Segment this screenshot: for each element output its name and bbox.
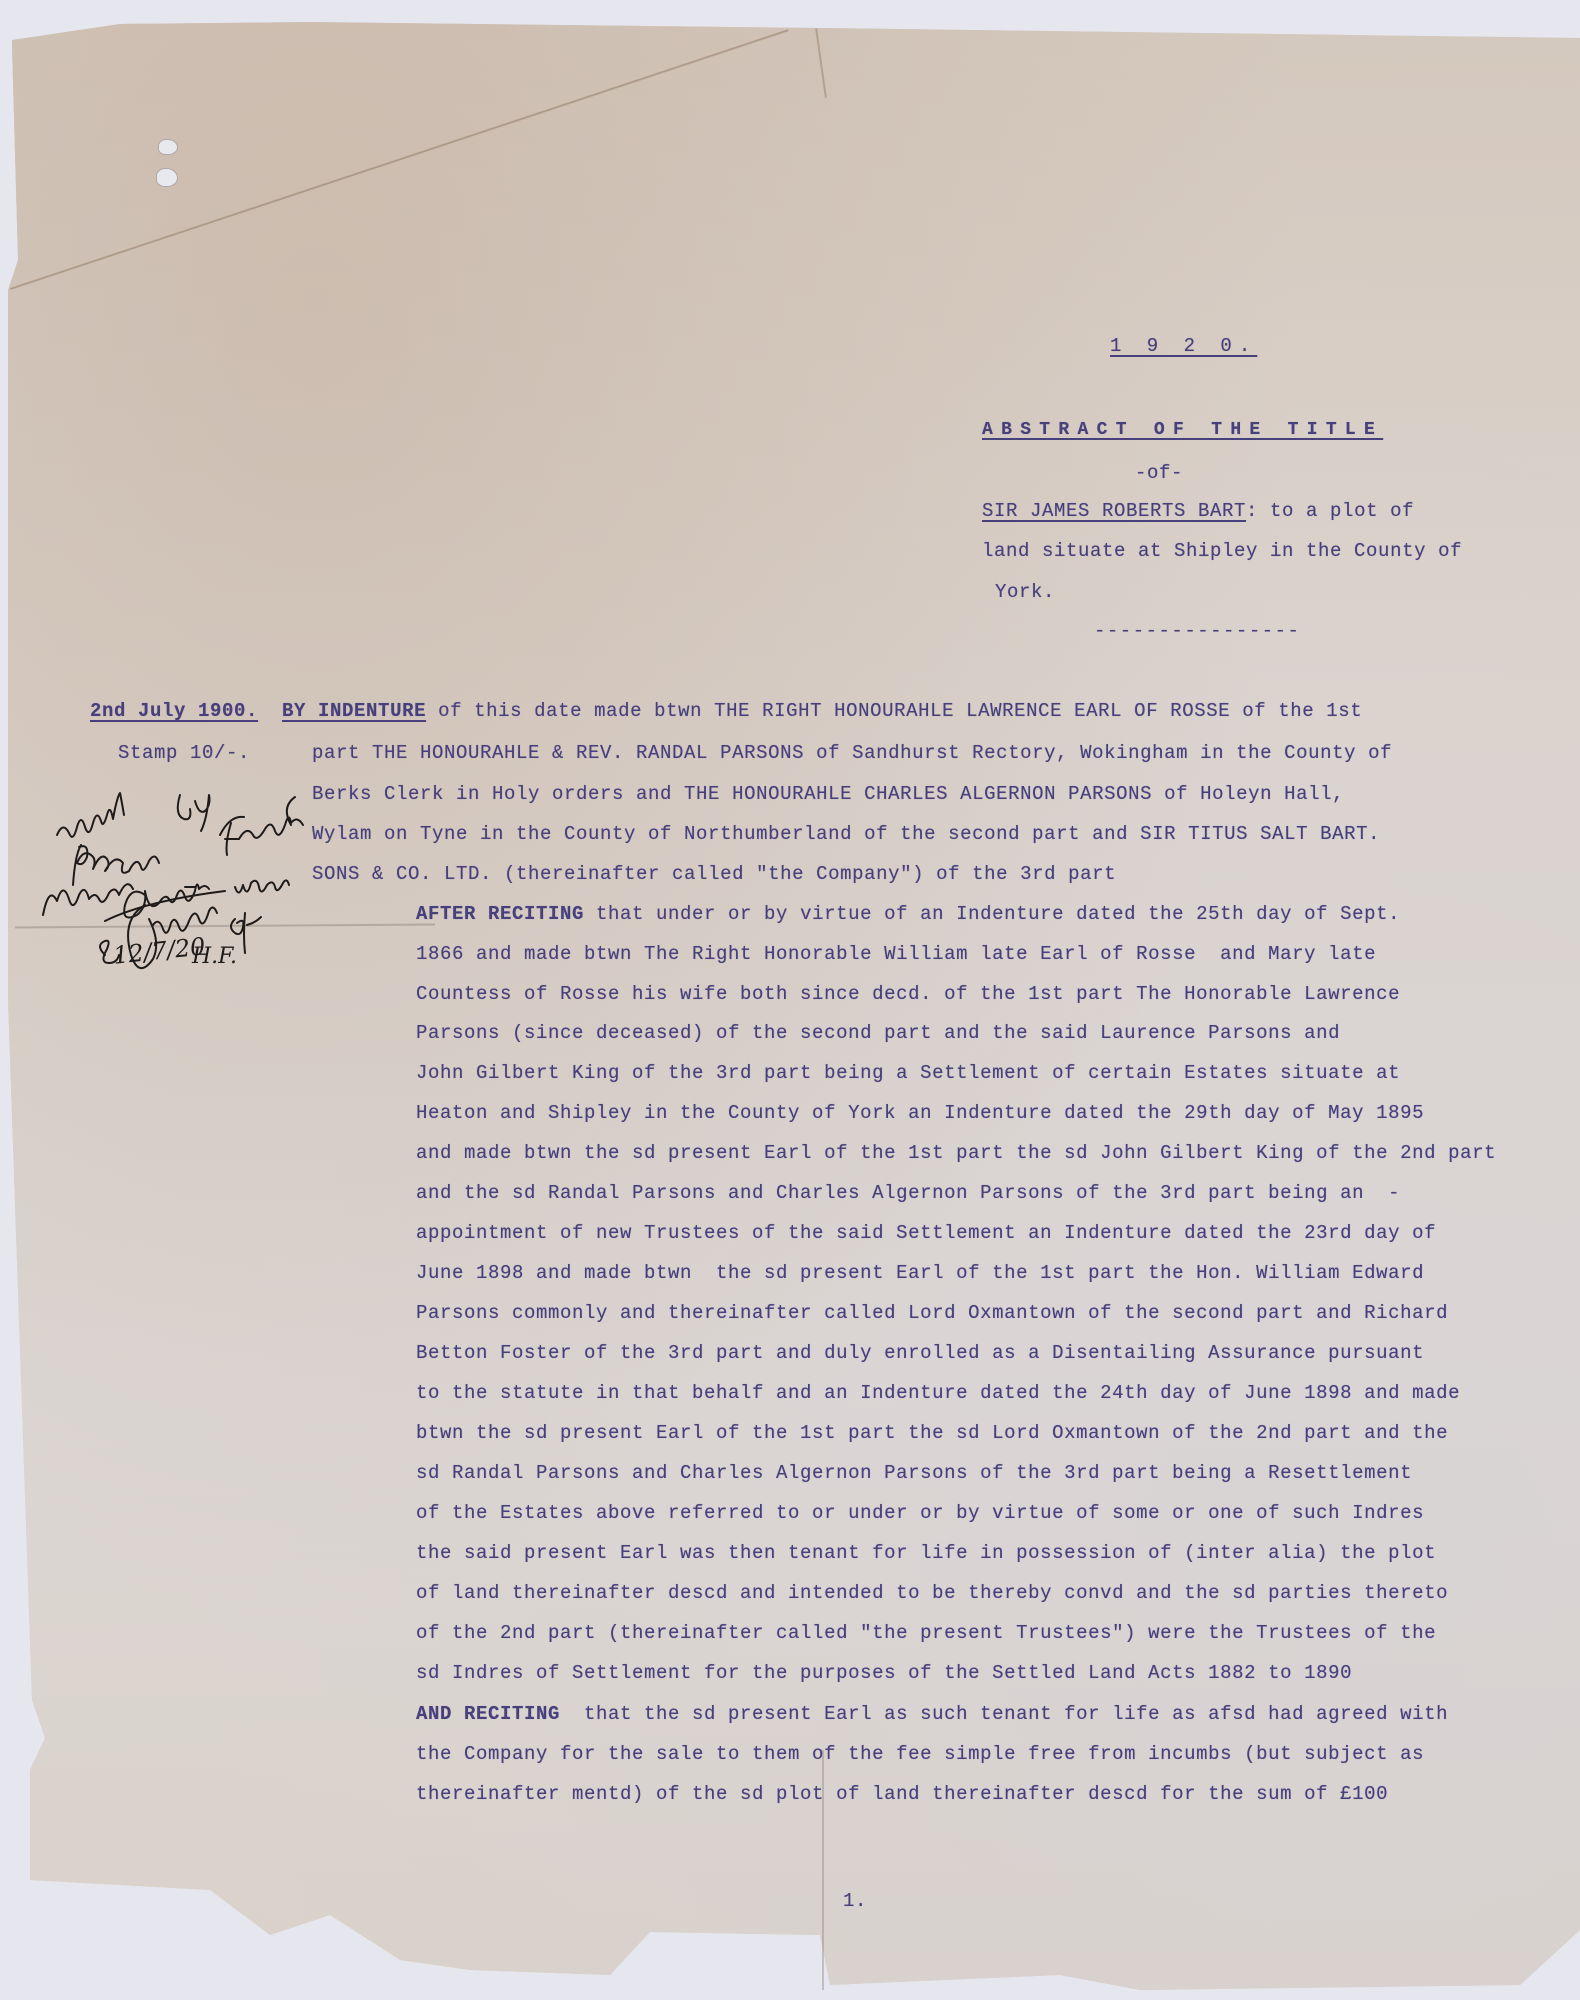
document-title: ABSTRACT OF THE TITLE xyxy=(982,420,1383,440)
body-line: sd Indres of Settlement for the purposes… xyxy=(416,1662,1352,1684)
body-line: 1866 and made btwn The Right Honorable W… xyxy=(416,943,1376,965)
body-line: to the statute in that behalf and an Ind… xyxy=(416,1382,1460,1404)
punch-hole xyxy=(158,139,178,155)
recital-1-first-line: AFTER RECITING that under or by virtue o… xyxy=(416,903,1400,925)
punch-hole xyxy=(156,168,178,187)
body-line: Betton Foster of the 3rd part and duly e… xyxy=(416,1342,1424,1364)
title-line-1: SIR JAMES ROBERTS BART: to a plot of xyxy=(982,500,1414,522)
body-line: thereinafter mentd) of the sd plot of la… xyxy=(416,1783,1388,1805)
body-line: the Company for the sale to them of the … xyxy=(416,1743,1424,1765)
owner-name: SIR JAMES ROBERTS BART xyxy=(982,500,1246,522)
body-line: Countess of Rosse his wife both since de… xyxy=(416,983,1400,1005)
title-of: -of- xyxy=(1135,462,1183,484)
body-line: sd Randal Parsons and Charles Algernon P… xyxy=(416,1462,1412,1484)
body-line: Wylam on Tyne in the County of Northumbe… xyxy=(312,823,1380,845)
body-line: Heaton and Shipley in the County of York… xyxy=(416,1102,1424,1124)
body-line: of the Estates above referred to or unde… xyxy=(416,1502,1424,1524)
body-line: appointment of new Trustees of the said … xyxy=(416,1222,1436,1244)
title-rule: ---------------- xyxy=(1094,620,1300,642)
body-line: and made btwn the sd present Earl of the… xyxy=(416,1142,1496,1164)
body-line: btwn the sd present Earl of the 1st part… xyxy=(416,1422,1448,1444)
recital-2-heading: AND RECITING xyxy=(416,1703,560,1725)
title-line-3: York. xyxy=(995,581,1055,603)
body-line: the said present Earl was then tenant fo… xyxy=(416,1542,1436,1564)
page-number: 1. xyxy=(843,1890,867,1912)
body-line: and the sd Randal Parsons and Charles Al… xyxy=(416,1182,1400,1204)
title-line-1-rest: : to a plot of xyxy=(1246,500,1414,522)
stamp-duty: Stamp 10/-. xyxy=(118,742,250,764)
body-line: June 1898 and made btwn the sd present E… xyxy=(416,1262,1424,1284)
handwritten-initials: H.F. xyxy=(192,944,237,969)
body-line: John Gilbert King of the 3rd part being … xyxy=(416,1062,1400,1084)
body-line: of land thereinafter descd and intended … xyxy=(416,1582,1448,1604)
entry-date: 2nd July 1900. xyxy=(90,700,258,722)
entry-heading: 2nd July 1900. BY INDENTURE of this date… xyxy=(90,700,1362,722)
body-line: of the 2nd part (thereinafter called "th… xyxy=(416,1622,1436,1644)
body-line: Parsons commonly and thereinafter called… xyxy=(416,1302,1448,1324)
recital-1-heading: AFTER RECITING xyxy=(416,903,584,925)
document-year: 1 9 2 0. xyxy=(1110,335,1257,357)
title-line-2: land situate at Shipley in the County of xyxy=(982,540,1462,562)
first-line-rest: of this date made btwn THE RIGHT HONOURA… xyxy=(426,700,1362,722)
body-line: SONS & CO. LTD. (thereinafter called "th… xyxy=(312,863,1116,885)
recital-2-first-line: AND RECITING that the sd present Earl as… xyxy=(416,1703,1448,1725)
by-indenture-label: BY INDENTURE xyxy=(282,700,426,722)
body-line: Berks Clerk in Holy orders and THE HONOU… xyxy=(312,783,1344,805)
body-line: part THE HONOURAHLE & REV. RANDAL PARSON… xyxy=(312,742,1392,764)
body-line: Parsons (since deceased) of the second p… xyxy=(416,1022,1340,1044)
